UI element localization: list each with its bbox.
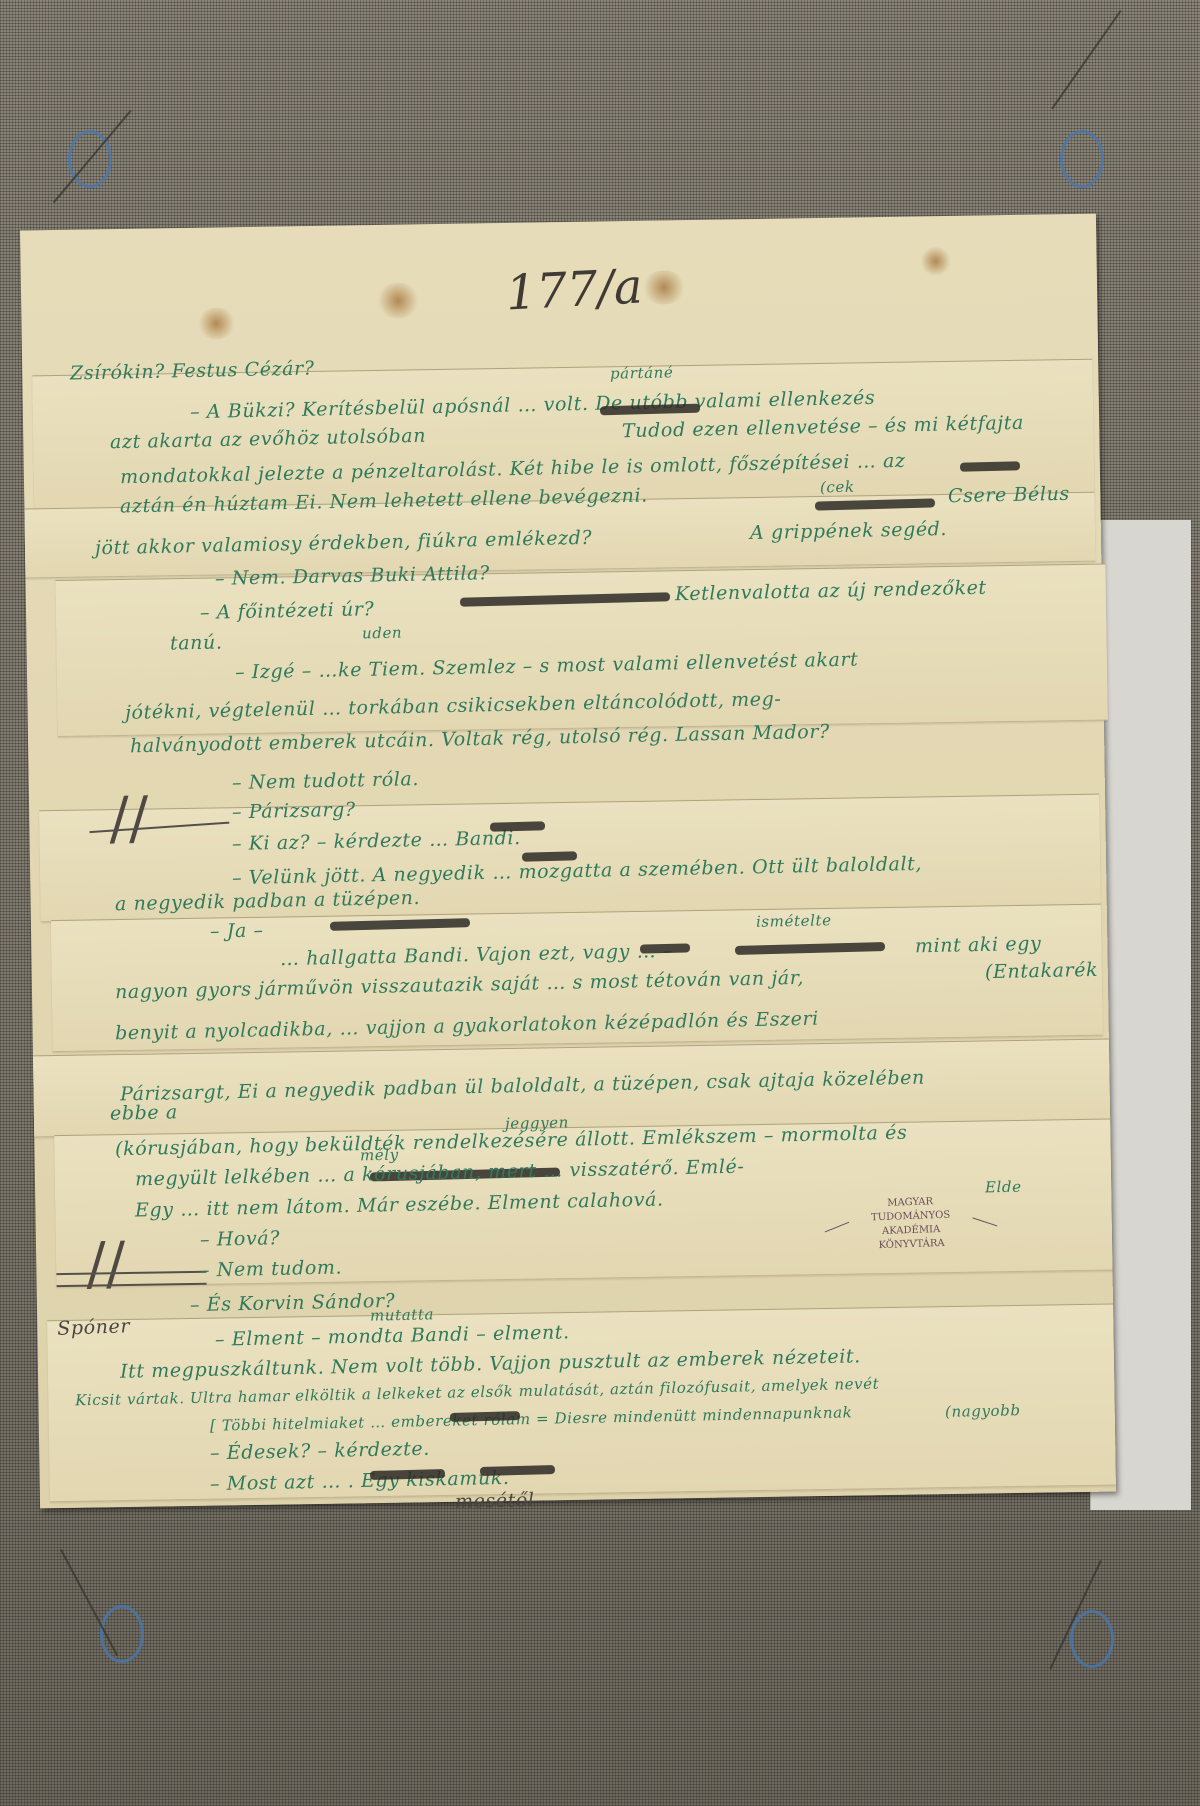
manuscript-line: – Nem tudott róla.	[232, 768, 419, 794]
margin-note: Spóner	[57, 1315, 131, 1340]
manuscript-line: – A főintézeti úr?	[200, 598, 375, 624]
pencil-stroke	[53, 110, 132, 203]
manuscript-line: mesétől	[455, 1489, 535, 1513]
manuscript-line: Csere Bélus	[948, 483, 1070, 508]
corner-mark-bottom-right	[1030, 1560, 1120, 1670]
stain	[641, 270, 688, 305]
manuscript-line: (Entakarék	[985, 959, 1099, 983]
interlinear-insert: (cek	[820, 478, 855, 497]
interlinear-insert: Elde	[985, 1178, 1022, 1197]
stamp-line-2: TUDOMÁNYOS AKADÉMIA	[845, 1208, 976, 1241]
manuscript-line: A grippének segéd.	[750, 518, 948, 544]
stain	[376, 282, 421, 319]
strikethrough	[490, 821, 545, 831]
interlinear-insert: mély	[360, 1146, 399, 1165]
pencil-stroke	[60, 1549, 118, 1656]
manuscript-line: mint aki egy	[915, 933, 1042, 958]
corner-mark-top-left	[50, 110, 140, 220]
interlinear-insert: mutatta	[370, 1305, 434, 1324]
strikethrough	[450, 1411, 520, 1422]
interlinear-insert: uden	[362, 624, 403, 643]
manuscript-line: – Nem tudom.	[200, 1257, 343, 1282]
page-number: 177/a	[505, 258, 644, 321]
interlinear-insert: ismételte	[756, 911, 832, 931]
strikethrough	[960, 461, 1020, 472]
manuscript-line: – Édesek? – kérdezte.	[210, 1438, 430, 1465]
blue-loop-icon	[1070, 1610, 1114, 1668]
stain	[920, 246, 950, 276]
strikethrough	[640, 943, 690, 953]
stain	[196, 307, 236, 340]
manuscript-line: tanú.	[170, 631, 223, 654]
corner-mark-bottom-left	[60, 1550, 150, 1660]
manuscript-line: ebbe a	[110, 1101, 178, 1124]
manuscript-line: – Ja –	[210, 919, 264, 942]
pencil-stroke	[1051, 10, 1121, 109]
blue-loop-icon	[1060, 130, 1104, 188]
corner-mark-top-right	[1020, 110, 1110, 220]
interlinear-insert: pártáné	[610, 363, 674, 382]
strikethrough	[522, 851, 577, 861]
pencil-margin-mark: //	[86, 1229, 126, 1298]
manuscript-line: – Párizsarg?	[232, 799, 356, 824]
pencil-margin-mark: //	[109, 784, 149, 853]
library-stamp: MAGYAR TUDOMÁNYOS AKADÉMIA KÖNYVTÁRA	[845, 1194, 977, 1259]
interlinear-insert: (nagyobb	[945, 1401, 1021, 1421]
manuscript-line: – És Korvin Sándor?	[190, 1290, 396, 1316]
manuscript-line: – Hová?	[200, 1227, 280, 1251]
